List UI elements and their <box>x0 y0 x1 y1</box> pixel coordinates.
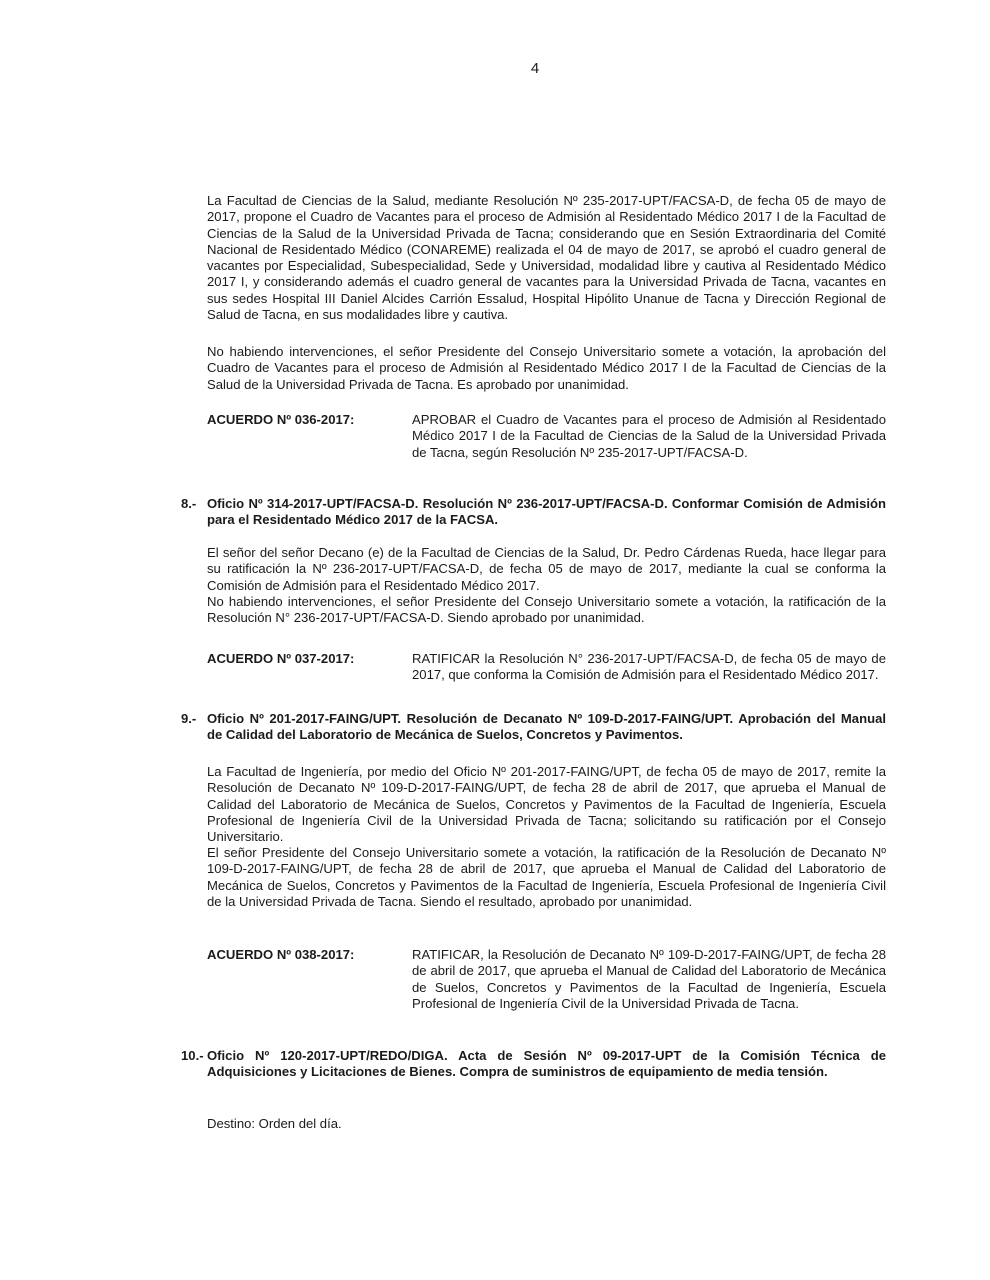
paragraph-decano-facsa: El señor del señor Decano (e) de la Facu… <box>207 545 886 594</box>
paragraph-votacion-037: No habiendo intervenciones, el señor Pre… <box>207 594 886 627</box>
acuerdo-037: ACUERDO Nº 037-2017: RATIFICAR la Resolu… <box>207 651 886 684</box>
paragraph-faing-manual: La Facultad de Ingeniería, por medio del… <box>207 764 886 845</box>
page-number: 4 <box>184 60 886 77</box>
acuerdo-037-label: ACUERDO Nº 037-2017: <box>207 651 354 667</box>
acuerdo-036-label: ACUERDO Nº 036-2017: <box>207 412 354 428</box>
acuerdo-038-label: ACUERDO Nº 038-2017: <box>207 947 354 963</box>
heading-item-10-number: 10.- <box>181 1048 204 1064</box>
document-page: 4 La Facultad de Ciencias de la Salud, m… <box>0 0 990 1280</box>
acuerdo-036: ACUERDO Nº 036-2017: APROBAR el Cuadro d… <box>207 412 886 461</box>
paragraph-destino: Destino: Orden del día. <box>207 1116 886 1132</box>
heading-item-9-title: Oficio Nº 201-2017-FAING/UPT. Resolución… <box>207 711 886 742</box>
acuerdo-037-text: RATIFICAR la Resolución N° 236-2017-UPT/… <box>412 651 886 684</box>
heading-item-9-number: 9.- <box>181 711 196 727</box>
heading-item-9: 9.- Oficio Nº 201-2017-FAING/UPT. Resolu… <box>207 711 886 744</box>
paragraph-residentado-vacantes: La Facultad de Ciencias de la Salud, med… <box>207 193 886 323</box>
heading-item-8: 8.- Oficio Nº 314-2017-UPT/FACSA-D. Reso… <box>207 496 886 529</box>
heading-item-8-title: Oficio Nº 314-2017-UPT/FACSA-D. Resoluci… <box>207 496 886 527</box>
heading-item-10: 10.- Oficio Nº 120-2017-UPT/REDO/DIGA. A… <box>207 1048 886 1081</box>
heading-item-10-title: Oficio Nº 120-2017-UPT/REDO/DIGA. Acta d… <box>207 1048 886 1079</box>
acuerdo-036-text: APROBAR el Cuadro de Vacantes para el pr… <box>412 412 886 461</box>
acuerdo-038: ACUERDO Nº 038-2017: RATIFICAR, la Resol… <box>207 947 886 1012</box>
paragraph-votacion-038: El señor Presidente del Consejo Universi… <box>207 845 886 910</box>
paragraph-votacion-036: No habiendo intervenciones, el señor Pre… <box>207 344 886 393</box>
heading-item-8-number: 8.- <box>181 496 196 512</box>
acuerdo-038-text: RATIFICAR, la Resolución de Decanato Nº … <box>412 947 886 1012</box>
